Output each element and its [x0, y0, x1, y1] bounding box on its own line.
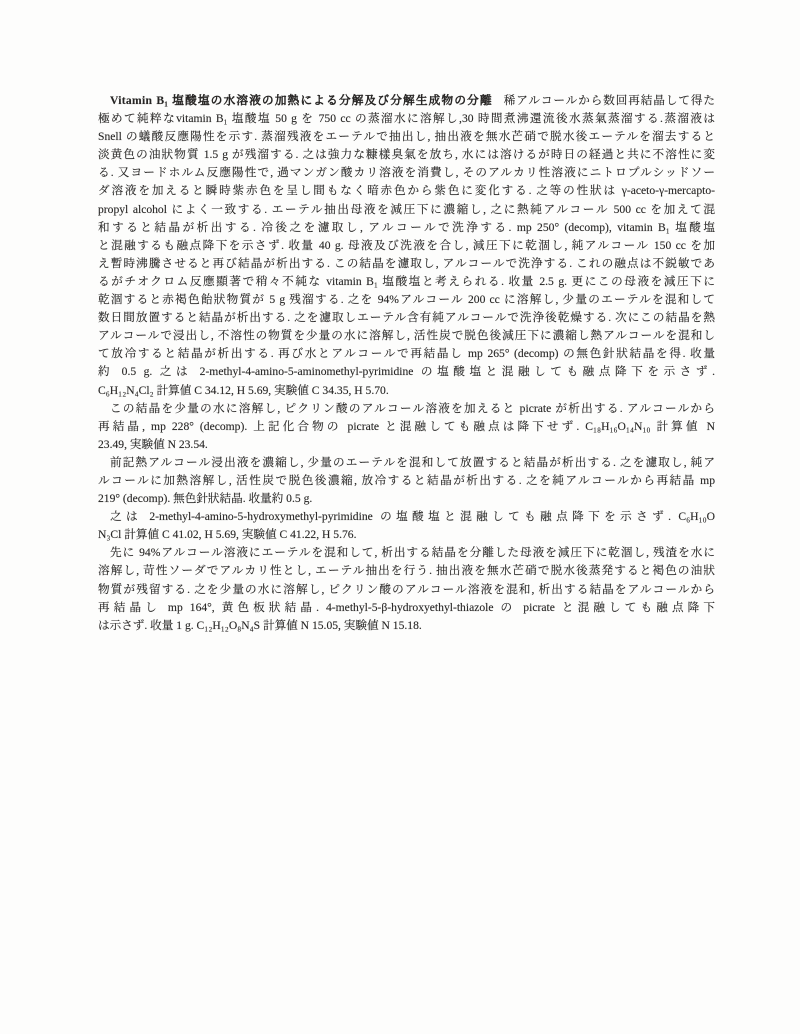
text-line: る. 又ヨードホルム反應陽性で, 過マンガン酸カリ溶液を消費し, そのアルカリ性… — [98, 164, 715, 182]
text-line: Snell の蟻酸反應陽性を示す. 蒸溜残液をエーテルで抽出し, 抽出液を無水芒… — [98, 128, 715, 146]
text-line: propyl alcohol によく一致する. エーテル抽出母液を減圧下に濃縮し… — [98, 201, 715, 219]
text-line: と混融するも融点降下を示さず. 收量 40 g. 母液及び洗液を合し, 減圧下に… — [98, 237, 715, 255]
text-line: C₆H₁₂N₄Cl₂ 計算値 C 34.12, H 5.69, 実験値 C 34… — [98, 382, 715, 400]
text-line: 先に 94%アルコール溶液にエーテルを混和して, 析出する結晶を分離した母液を減… — [98, 544, 715, 562]
text-line: 前記熱アルコール浸出液を濃縮し, 少量のエーテルを混和して放置すると結晶が析出す… — [98, 454, 715, 472]
paragraph: Vitamin B₁ 塩酸塩の水溶液の加熱による分解及び分解生成物の分離稀アルコ… — [98, 92, 715, 400]
heading-line-rest: 稀アルコールから数回再結晶して得た — [504, 94, 715, 107]
text-line: ルコールに加熱溶解し, 活性炭で脱色後濃縮, 放冷すると結晶が析出する. 之を純… — [98, 472, 715, 490]
text-line: 淡黄色の油狀物質 1.5 g が残溜する. 之は強力な糠樣臭氣を放ち, 水には溶… — [98, 146, 715, 164]
section-heading: Vitamin B₁ 塩酸塩の水溶液の加熱による分解及び分解生成物の分離 — [110, 94, 493, 107]
text-line: 数日間放置すると結晶が析出する. 之を濾取しエーテル含有純アルコールで洗浄後乾燥… — [98, 309, 715, 327]
text-line: 和すると結晶が析出する. 冷後之を濾取し, アルコールで洗浄する. mp 250… — [98, 219, 715, 237]
text-line: 溶解し, 苛性ソーダでアルカリ性とし, エーテル抽出を行う. 抽出液を無水芒硝で… — [98, 562, 715, 580]
text-line: 再結晶し mp 164°, 黄色板狀結晶. 4-methyl-5-β-hydro… — [98, 599, 715, 617]
text-line: は示さず. 收量 1 g. C₁₂H₁₂O₈N₄S 計算値 N 15.05, 実… — [98, 617, 715, 635]
text-line: 約 0.5 g. 之は 2-methyl-4-amino-5-aminometh… — [98, 363, 715, 381]
text-line: 219° (decomp). 無色針狀結晶. 收量約 0.5 g. — [98, 490, 715, 508]
text-line: 物質が残留する. 之を少量の水に溶解し, ピクリン酸のアルコール溶液を混和, 析… — [98, 581, 715, 599]
text-line: るがチオクロム反應顯著で稍々不純な vitamin B₁ 塩酸塩と考えられる. … — [98, 273, 715, 291]
text-line: 之は 2-methyl-4-amino-5-hydroxymethyl-pyri… — [98, 508, 715, 526]
text-line: 23.49, 実験値 N 23.54. — [98, 436, 715, 454]
text-line: 再結晶, mp 228° (decomp). 上記化合物の picrate と混… — [98, 418, 715, 436]
paragraph: 前記熱アルコール浸出液を濃縮し, 少量のエーテルを混和して放置すると結晶が析出す… — [98, 454, 715, 508]
text-line: ダ溶液を加えると瞬時紫赤色を呈し間もなく暗赤色から紫色に変化する. 之等の性狀は… — [98, 182, 715, 200]
text-line: アルコールで浸出し, 不溶性の物質を少量の水に溶解し, 活性炭で脱色後減圧下に濃… — [98, 327, 715, 345]
paragraph: この結晶を少量の水に溶解し, ピクリン酸のアルコール溶液を加えると picrat… — [98, 400, 715, 454]
paragraph: 先に 94%アルコール溶液にエーテルを混和して, 析出する結晶を分離した母液を減… — [98, 544, 715, 634]
text-line: て放冷すると結晶が析出する. 再び水とアルコールで再結晶し mp 265° (d… — [98, 345, 715, 363]
text-line: この結晶を少量の水に溶解し, ピクリン酸のアルコール溶液を加えると picrat… — [98, 400, 715, 418]
text-line: Vitamin B₁ 塩酸塩の水溶液の加熱による分解及び分解生成物の分離稀アルコ… — [98, 92, 715, 110]
paragraph: 之は 2-methyl-4-amino-5-hydroxymethyl-pyri… — [98, 508, 715, 544]
journal-page: Vitamin B₁ 塩酸塩の水溶液の加熱による分解及び分解生成物の分離稀アルコ… — [0, 0, 800, 1034]
text-line: 極めて純粹なvitamin B₁ 塩酸塩 50 g を 750 cc の蒸溜水に… — [98, 110, 715, 128]
text-line: N₃Cl 計算値 C 41.02, H 5.69, 実験値 C 41.22, H… — [98, 526, 715, 544]
document-text: Vitamin B₁ 塩酸塩の水溶液の加熱による分解及び分解生成物の分離稀アルコ… — [98, 92, 715, 635]
text-line: え暫時沸騰させると再び結晶が析出する. この結晶を濾取し, アルコールで洗浄する… — [98, 255, 715, 273]
text-line: 乾涸すると赤褐色飴狀物質が 5 g 残溜する. 之を 94%アルコール 200 … — [98, 291, 715, 309]
